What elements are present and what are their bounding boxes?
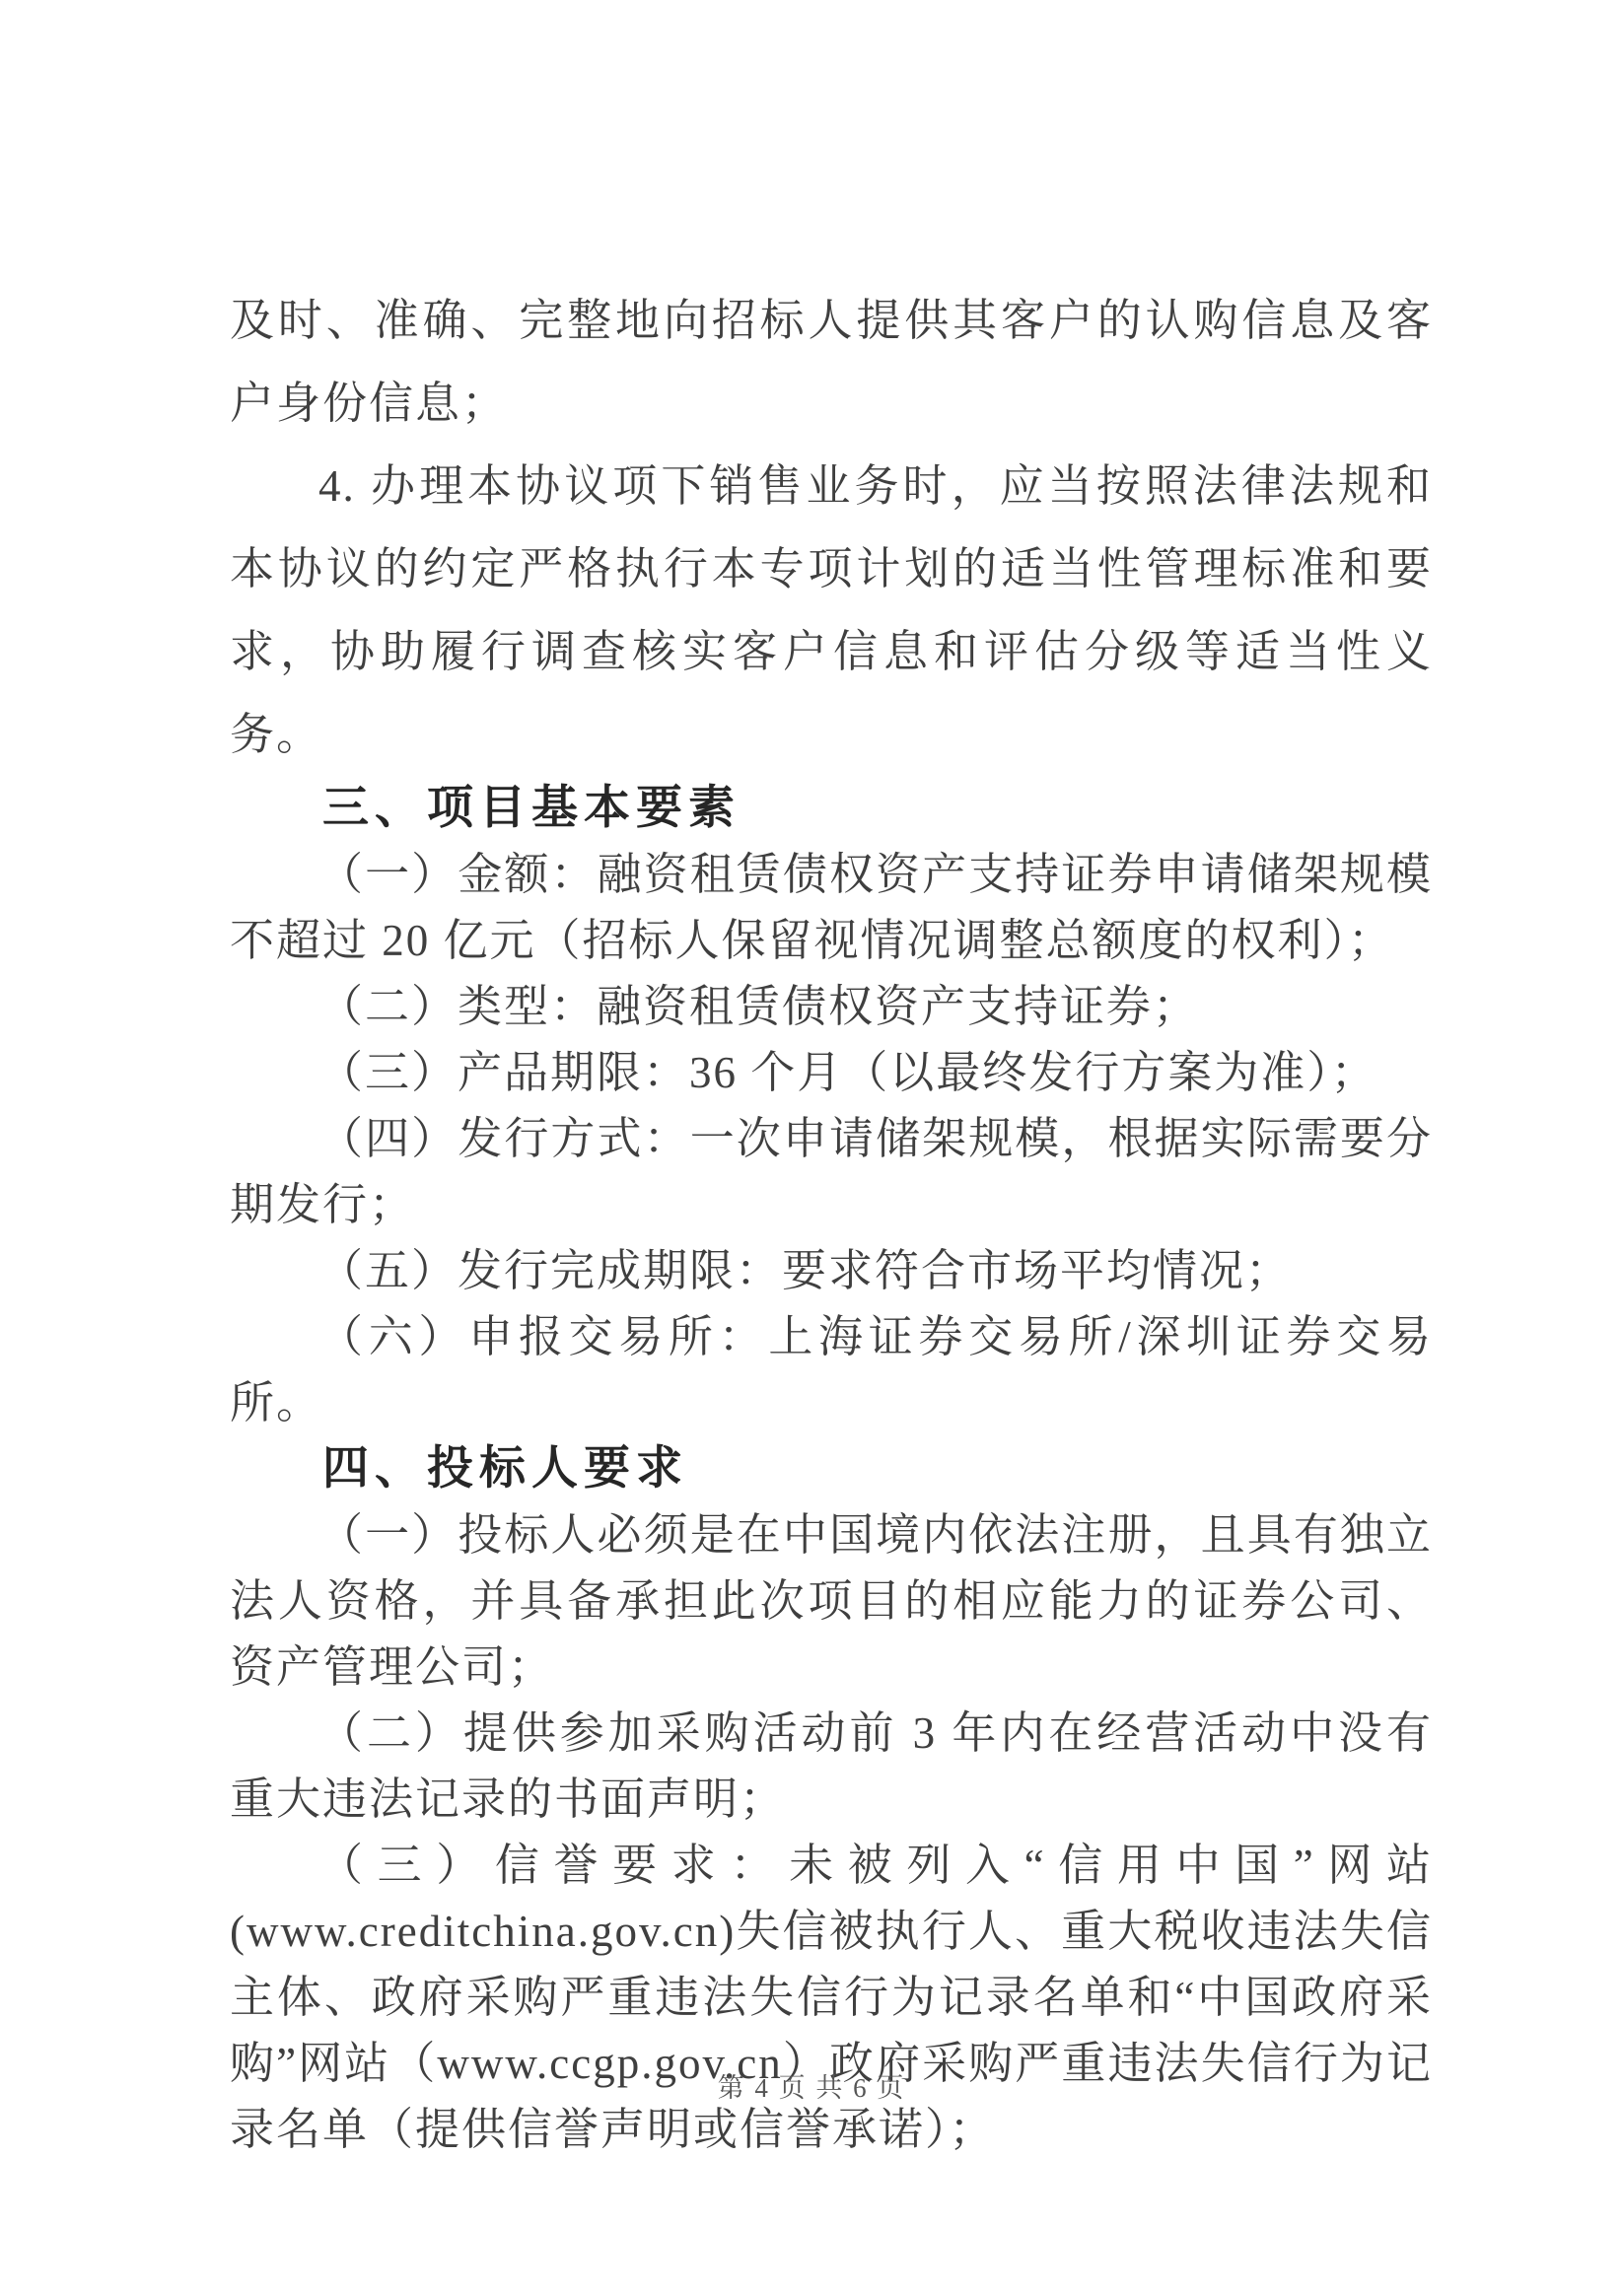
paragraph-client-info-continuation: 及时、准确、完整地向招标人提供其客户的认购信息及客户身份信息； [230,279,1433,445]
item-1-amount: （一）金额：融资租赁债权资产支持证券申请储架规模不超过 20 亿元（招标人保留视… [230,842,1433,974]
item-4-issuance-method: （四）发行方式：一次申请储架规模，根据实际需要分期发行； [230,1106,1433,1238]
bidder-requirement-2-no-violation-statement: （二）提供参加采购活动前 3 年内在经营活动中没有重大违法记录的书面声明； [230,1701,1433,1833]
heading-section-4-bidder-requirements: 四、投标人要求 [230,1436,1433,1502]
item-6-filing-exchange: （六）申报交易所：上海证券交易所/深圳证券交易所。 [230,1304,1433,1436]
bidder-requirement-1-registration: （一）投标人必须是在中国境内依法注册，且具有独立法人资格，并具备承担此次项目的相… [230,1502,1433,1701]
heading-section-3-project-basic-elements: 三、项目基本要素 [230,776,1433,842]
item-2-type: （二）类型：融资租赁债权资产支持证券； [230,974,1433,1040]
item-3-product-term: （三）产品期限：36 个月（以最终发行方案为准）； [230,1040,1433,1106]
item-5-completion-period: （五）发行完成期限：要求符合市场平均情况； [230,1238,1433,1304]
bidder-requirement-3-credit-requirement: （三）信誉要求：未被列入“信用中国”网站(www.creditchina.gov… [230,1833,1433,2163]
document-page: 及时、准确、完整地向招标人提供其客户的认购信息及客户身份信息； 4. 办理本协议… [0,0,1623,2296]
document-body: 及时、准确、完整地向招标人提供其客户的认购信息及客户身份信息； 4. 办理本协议… [230,279,1433,2163]
page-number-footer: 第 4 页 共 6 页 [0,2066,1623,2105]
paragraph-item-4-sales-obligations: 4. 办理本协议项下销售业务时，应当按照法律法规和本协议的约定严格执行本专项计划… [230,445,1433,776]
